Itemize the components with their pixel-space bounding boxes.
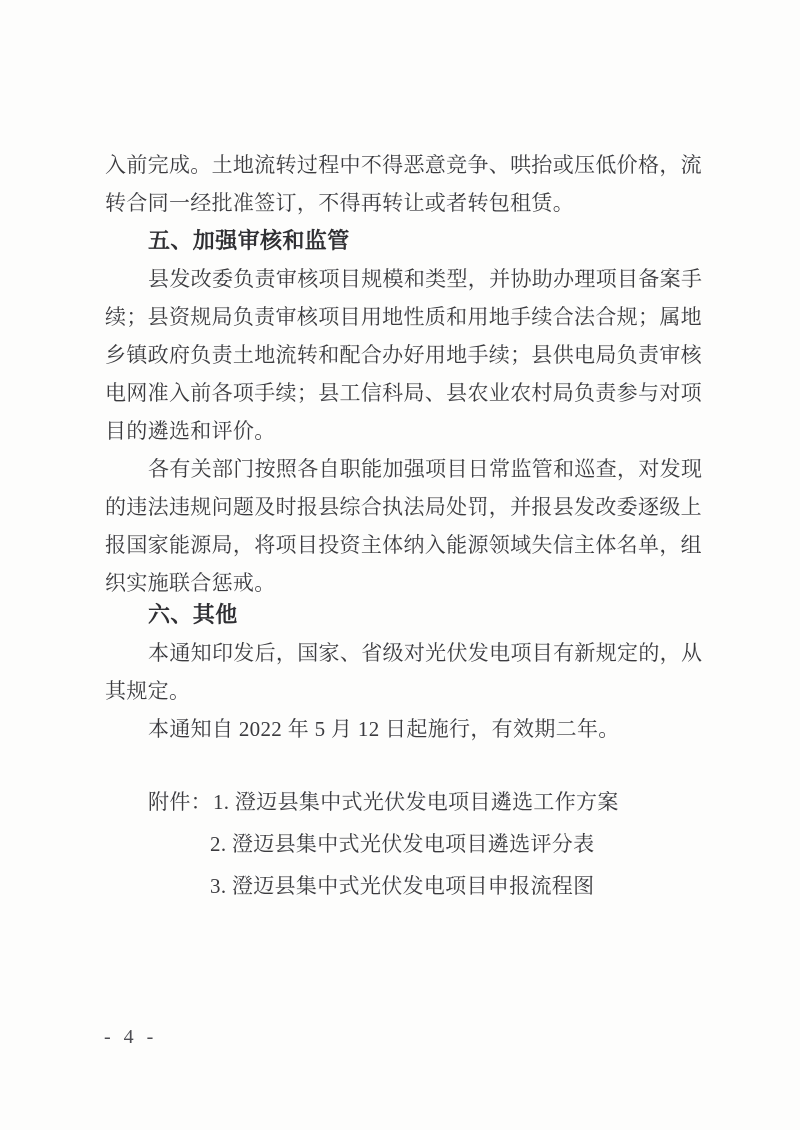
body-text-line: 各有关部门按照各自职能加强项目日常监管和巡查，对发现 xyxy=(105,450,705,488)
body-text-line: 报国家能源局，将项目投资主体纳入能源领域失信主体名单，组 xyxy=(105,526,705,564)
attachment-item: 附件：1. 澄迈县集中式光伏发电项目遴选工作方案 xyxy=(105,781,705,823)
section-heading-5: 五、加强审核和监管 xyxy=(105,222,705,260)
body-text-line: 本通知印发后，国家、省级对光伏发电项目有新规定的，从 xyxy=(105,634,705,672)
attachment-item-text: 1. 澄迈县集中式光伏发电项目遴选工作方案 xyxy=(213,790,619,814)
body-text-line: 续；县资规局负责审核项目用地性质和用地手续合法合规；属地 xyxy=(105,298,705,336)
page-number: - 4 - xyxy=(104,1022,157,1052)
document-body: 入前完成。土地流转过程中不得恶意竞争、哄抬或压低价格，流 转合同一经批准签订，不… xyxy=(105,146,705,907)
section-heading-6: 六、其他 xyxy=(105,596,705,634)
attachment-label: 附件： xyxy=(148,790,212,814)
body-text-line: 转合同一经批准签订，不得再转让或者转包租赁。 xyxy=(105,184,705,222)
body-text-line: 其规定。 xyxy=(105,672,705,710)
body-text-line: 本通知自 2022 年 5 月 12 日起施行，有效期二年。 xyxy=(105,710,705,748)
body-text-line: 入前完成。土地流转过程中不得恶意竞争、哄抬或压低价格，流 xyxy=(105,146,705,184)
body-text-line: 目的遴选和评价。 xyxy=(105,412,705,450)
body-text-line: 的违法违规问题及时报县综合执法局处罚，并报县发改委逐级上 xyxy=(105,488,705,526)
body-text-line: 电网准入前各项手续；县工信科局、县农业农村局负责参与对项 xyxy=(105,374,705,412)
attachment-item: 3. 澄迈县集中式光伏发电项目申报流程图 xyxy=(105,865,705,907)
body-text-line: 乡镇政府负责土地流转和配合办好用地手续；县供电局负责审核 xyxy=(105,336,705,374)
document-page: 入前完成。土地流转过程中不得恶意竞争、哄抬或压低价格，流 转合同一经批准签订，不… xyxy=(0,0,800,1130)
attachment-item: 2. 澄迈县集中式光伏发电项目遴选评分表 xyxy=(105,823,705,865)
attachment-list: 附件：1. 澄迈县集中式光伏发电项目遴选工作方案 2. 澄迈县集中式光伏发电项目… xyxy=(105,781,705,907)
body-text-line: 县发改委负责审核项目规模和类型，并协助办理项目备案手 xyxy=(105,260,705,298)
